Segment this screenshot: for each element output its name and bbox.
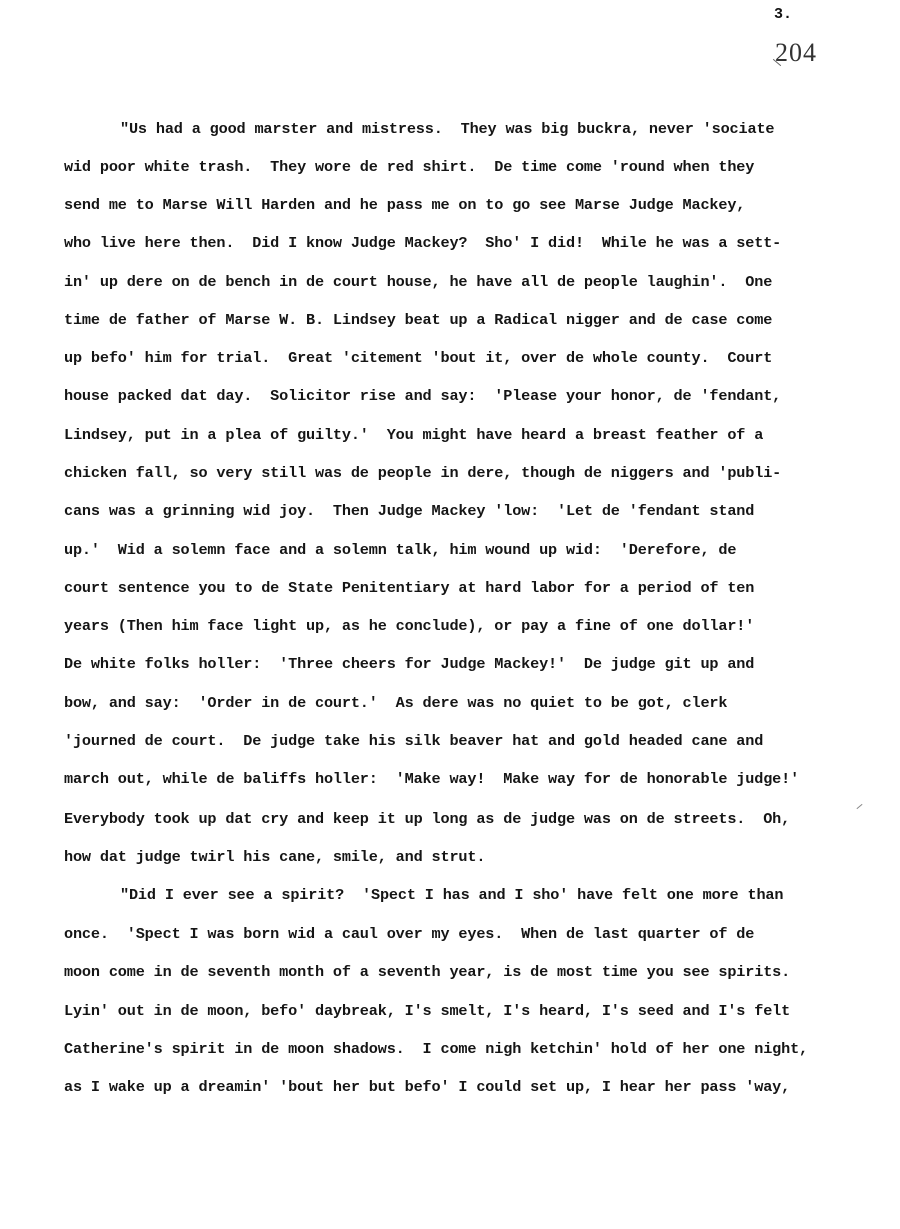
text-line: Lyin' out in de moon, befo' daybreak, I'… [64, 1002, 790, 1020]
text-line: send me to Marse Will Harden and he pass… [64, 196, 745, 214]
margin-mark [856, 804, 862, 809]
text-line: years (Then him face light up, as he con… [64, 617, 754, 635]
text-line: "Did I ever see a spirit? 'Spect I has a… [120, 886, 783, 904]
text-line: "Us had a good marster and mistress. The… [120, 120, 774, 138]
text-line: up befo' him for trial. Great 'citement … [64, 349, 772, 367]
text-line: Catherine's spirit in de moon shadows. I… [64, 1040, 808, 1058]
text-line: Everybody took up dat cry and keep it up… [64, 810, 790, 828]
text-line: in' up dere on de bench in de court hous… [64, 273, 772, 291]
text-line: once. 'Spect I was born wid a caul over … [64, 925, 754, 943]
text-line: as I wake up a dreamin' 'bout her but be… [64, 1078, 790, 1096]
text-line: De white folks holler: 'Three cheers for… [64, 655, 754, 673]
text-line: wid poor white trash. They wore de red s… [64, 158, 754, 176]
archive-stamp-number: 204 [775, 38, 817, 68]
text-line: who live here then. Did I know Judge Mac… [64, 234, 781, 252]
text-line: moon come in de seventh month of a seven… [64, 963, 790, 981]
text-line: Lindsey, put in a plea of guilty.' You m… [64, 426, 763, 444]
page-number: 3. [774, 6, 792, 23]
text-line: up.' Wid a solemn face and a solemn talk… [64, 541, 736, 559]
text-line: march out, while de baliffs holler: 'Mak… [64, 770, 799, 788]
text-line: cans was a grinning wid joy. Then Judge … [64, 502, 754, 520]
text-line: how dat judge twirl his cane, smile, and… [64, 848, 485, 866]
text-line: court sentence you to de State Penitenti… [64, 579, 754, 597]
text-line: chicken fall, so very still was de peopl… [64, 464, 781, 482]
text-line: time de father of Marse W. B. Lindsey be… [64, 311, 772, 329]
text-line: house packed dat day. Solicitor rise and… [64, 387, 781, 405]
text-line: 'journed de court. De judge take his sil… [64, 732, 763, 750]
text-line: bow, and say: 'Order in de court.' As de… [64, 694, 727, 712]
